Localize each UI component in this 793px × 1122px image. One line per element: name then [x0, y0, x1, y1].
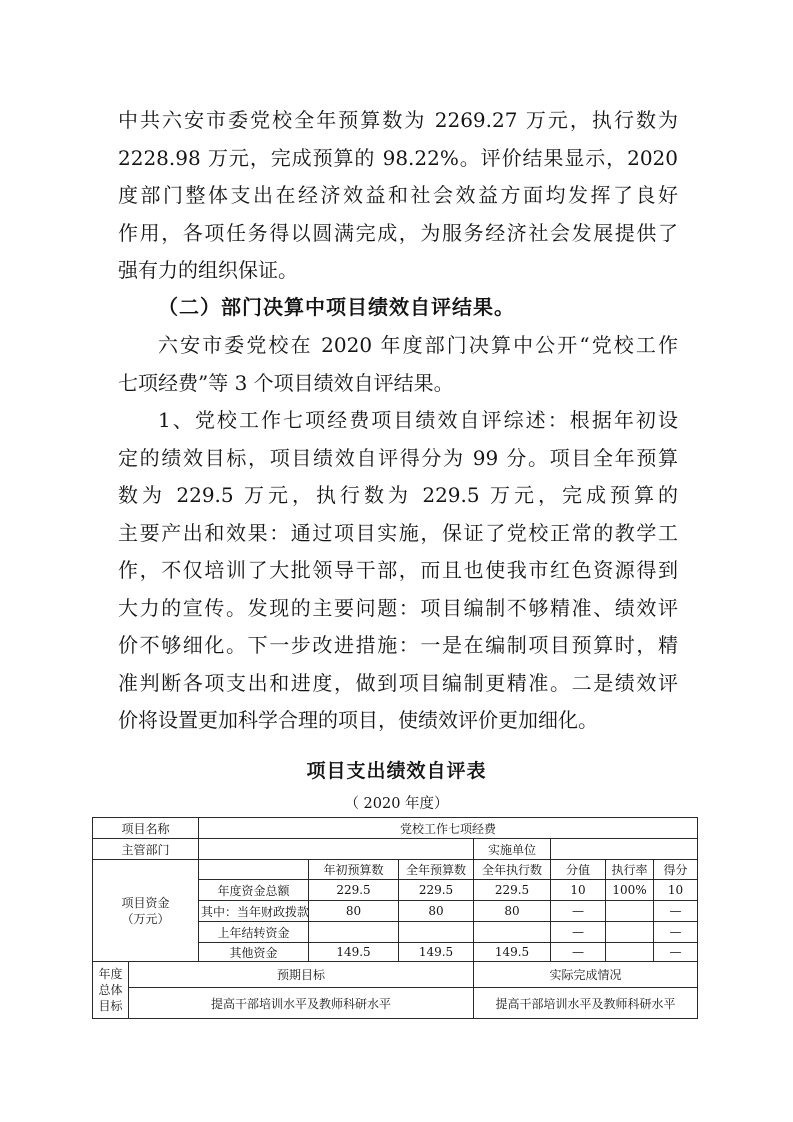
self-evaluation-table: 项目名称 党校工作七项经费 主管部门 实施单位 项目资金 （万元） 年初预算数 …	[92, 817, 698, 1019]
paragraph-line: 强有力的组织保证。	[118, 252, 678, 290]
paragraph-line: 准判断各项支出和进度，做到项目编制更精准。二是绩效评	[118, 665, 678, 703]
table-row: 年度 总体 目标 预期目标 实际完成情况	[93, 962, 698, 988]
fund-row-label-total: 年度资金总额	[199, 880, 309, 901]
fund-cell: —	[551, 943, 606, 962]
paragraph-line: 1、党校工作七项经费项目绩效自评综述：根据年初设	[118, 402, 678, 440]
col-header-execution-rate: 执行率	[606, 860, 654, 880]
competent-dept-value	[199, 839, 474, 860]
project-funds-label: 项目资金 （万元）	[93, 860, 199, 962]
fund-cell	[606, 943, 654, 962]
table-row: 项目资金 （万元） 年初预算数 全年预算数 全年执行数 分值 执行率 得分	[93, 860, 698, 880]
paragraph-line: 作用，各项任务得以圆满完成，为服务经济社会发展提供了	[118, 215, 678, 253]
col-header-initial-budget: 年初预算数	[309, 860, 399, 880]
paragraph-line: 2228.98 万元，完成预算的 98.22%。评价结果显示，2020 年	[118, 140, 678, 178]
paragraph-line: 主要产出和效果：通过项目实施，保证了党校正常的教学工	[118, 515, 678, 553]
col-header-score-value: 分值	[551, 860, 606, 880]
actual-completion-value: 提高干部培训水平及教师科研水平	[474, 988, 698, 1019]
col-header-score: 得分	[654, 860, 698, 880]
fund-cell: 149.5	[309, 943, 399, 962]
fund-cell: 229.5	[309, 880, 399, 901]
paragraph-line: 价不够细化。下一步改进措施：一是在编制项目预算时，精	[118, 627, 678, 665]
expected-goal-value: 提高干部培训水平及教师科研水平	[129, 988, 474, 1019]
paragraph-line: 七项经费”等 3 个项目绩效自评结果。	[118, 365, 678, 403]
fund-cell: 80	[399, 901, 474, 922]
fund-cell: —	[654, 901, 698, 922]
implementing-unit-value	[551, 839, 698, 860]
paragraph-line: 数为 229.5 万元，执行数为 229.5 万元，完成预算的 100%。	[118, 477, 678, 515]
actual-completion-header: 实际完成情况	[474, 962, 698, 988]
annual-goal-label-line: 目标	[95, 998, 126, 1014]
paragraph-line: 作，不仅培训了大批领导干部，而且也使我市红色资源得到	[118, 552, 678, 590]
implementing-unit-label: 实施单位	[474, 839, 551, 860]
section-heading: （二）部门决算中项目绩效自评结果。	[118, 290, 678, 328]
fund-cell	[309, 922, 399, 943]
fund-cell: —	[654, 943, 698, 962]
document-page: 中共六安市委党校全年预算数为 2269.27 万元，执行数为 2228.98 万…	[0, 0, 793, 1122]
table-title: 项目支出绩效自评表	[0, 760, 793, 784]
fund-cell: 149.5	[474, 943, 551, 962]
col-header-fullyear-budget: 全年预算数	[399, 860, 474, 880]
paragraph-line: 中共六安市委党校全年预算数为 2269.27 万元，执行数为	[118, 102, 678, 140]
paragraph-line: 大力的宣传。发现的主要问题：项目编制不够精准、绩效评	[118, 590, 678, 628]
expected-goal-header: 预期目标	[129, 962, 474, 988]
fund-cell: 10	[551, 880, 606, 901]
fund-row-label-carryover: 上年结转资金	[199, 922, 309, 943]
fund-cell: 100%	[606, 880, 654, 901]
paragraph-line: 定的绩效目标，项目绩效自评得分为 99 分。项目全年预算	[118, 440, 678, 478]
annual-goal-label-line: 总体	[95, 982, 126, 998]
body-text-block: 中共六安市委党校全年预算数为 2269.27 万元，执行数为 2228.98 万…	[118, 102, 678, 740]
fund-cell	[606, 922, 654, 943]
paragraph-line: 价将设置更加科学合理的项目，使绩效评价更加细化。	[118, 702, 678, 740]
fund-cell: 10	[654, 880, 698, 901]
fund-cell	[399, 922, 474, 943]
project-name-value: 党校工作七项经费	[199, 818, 698, 839]
fund-cell	[606, 901, 654, 922]
table-row: 提高干部培训水平及教师科研水平 提高干部培训水平及教师科研水平	[93, 988, 698, 1019]
self-evaluation-table-top: 项目名称 党校工作七项经费 主管部门 实施单位 项目资金 （万元） 年初预算数 …	[92, 817, 698, 962]
col-header-fullyear-executed: 全年执行数	[474, 860, 551, 880]
fund-cell: 229.5	[399, 880, 474, 901]
annual-goal-label: 年度 总体 目标	[93, 962, 129, 1019]
fund-row-label-other: 其他资金	[199, 943, 309, 962]
self-evaluation-table-bottom: 年度 总体 目标 预期目标 实际完成情况 提高干部培训水平及教师科研水平 提高干…	[92, 961, 698, 1019]
fund-cell: —	[551, 922, 606, 943]
paragraph-line: 六安市委党校在 2020 年度部门决算中公开“党校工作	[118, 327, 678, 365]
table-subtitle: （ 2020 年度）	[0, 795, 793, 813]
paragraph-line: 度部门整体支出在经济效益和社会效益方面均发挥了良好	[118, 177, 678, 215]
annual-goal-label-line: 年度	[95, 966, 126, 982]
project-name-label: 项目名称	[93, 818, 199, 839]
fund-cell: 149.5	[399, 943, 474, 962]
table-row: 项目名称 党校工作七项经费	[93, 818, 698, 839]
fund-cell: —	[654, 922, 698, 943]
fund-cell	[474, 922, 551, 943]
fund-row-label-fiscal: 其中：当年财政拨款	[199, 901, 309, 922]
table-row: 主管部门 实施单位	[93, 839, 698, 860]
competent-dept-label: 主管部门	[93, 839, 199, 860]
fund-cell: 80	[309, 901, 399, 922]
fund-cell: —	[551, 901, 606, 922]
fund-cell: 80	[474, 901, 551, 922]
project-funds-label-line: （万元）	[95, 911, 196, 927]
fund-cell: 229.5	[474, 880, 551, 901]
project-funds-label-line: 项目资金	[95, 895, 196, 911]
blank-cell	[199, 860, 309, 880]
